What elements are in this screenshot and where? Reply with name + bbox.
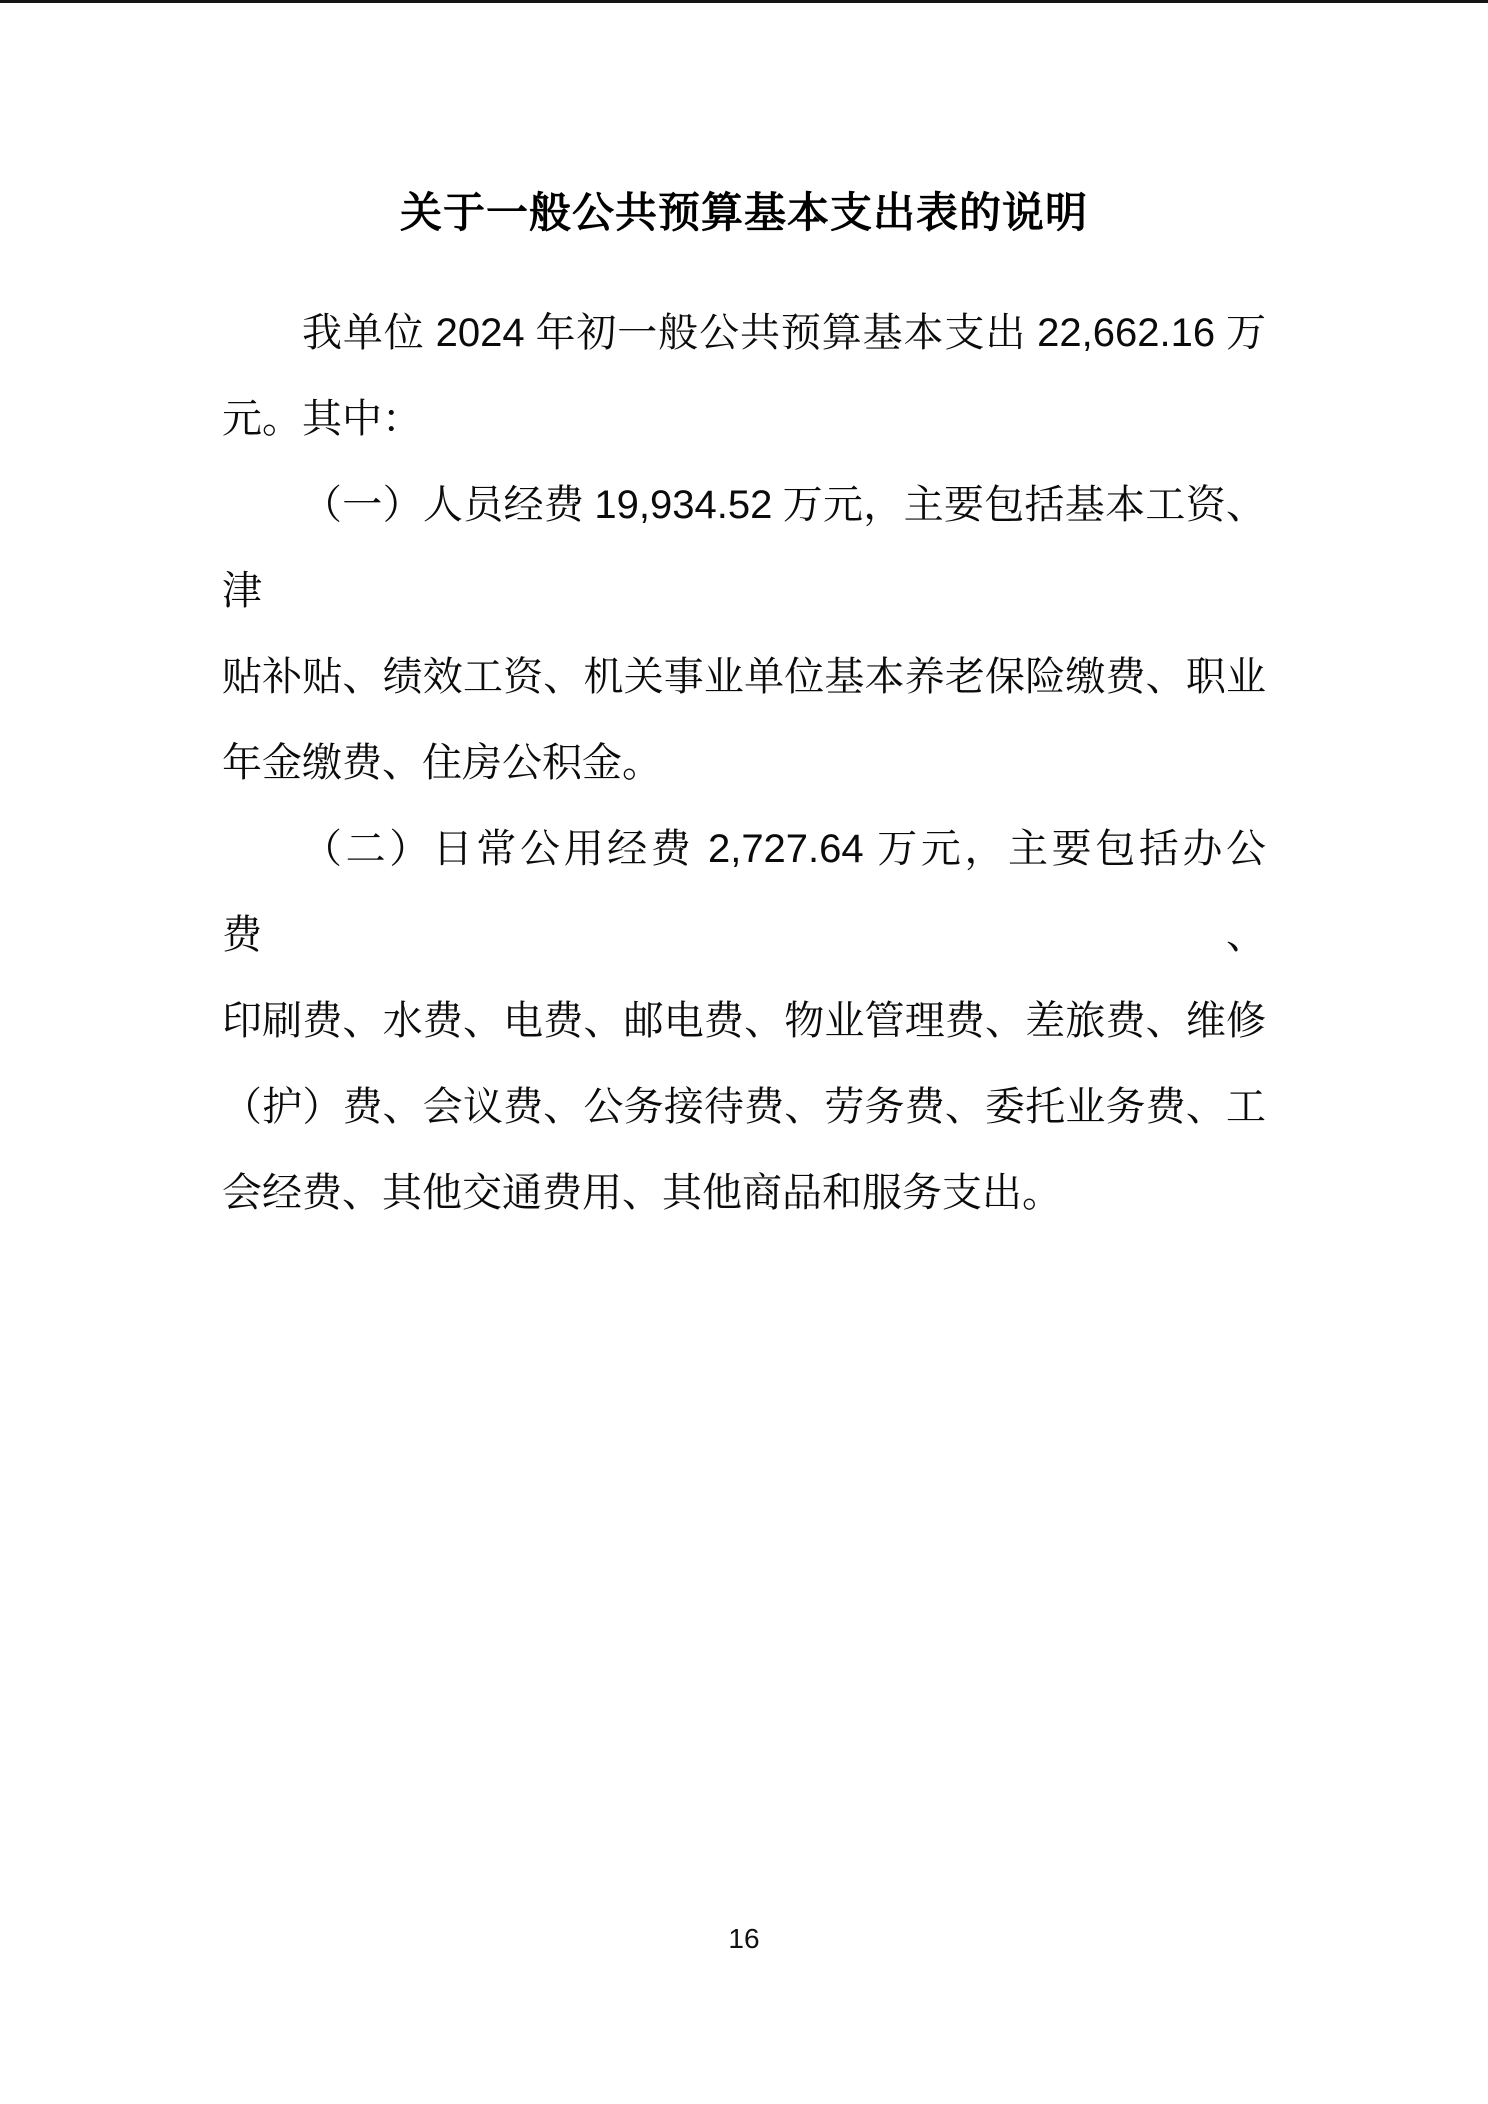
paragraph-line: （二）日常公用经费 2,727.64 万元，主要包括办公费、 [222,806,1266,978]
text-segment: 我单位 [302,310,436,355]
paragraph-line: （护）费、会议费、公务接待费、劳务费、委托业务费、工 [222,1064,1266,1150]
text-segment: 年初一般公共预算基本支出 [525,310,1038,355]
paragraph-line: 会经费、其他交通费用、其他商品和服务支出。 [222,1150,1266,1236]
document-body: 我单位 2024 年初一般公共预算基本支出 22,662.16 万 元。其中： … [222,290,1266,1236]
text-segment: 印刷费、水费、电费、邮电费、物业管理费、差旅费、维修 [222,998,1266,1043]
paragraph-line: 年金缴费、住房公积金。 [222,720,1266,806]
paragraph-line: 元。其中： [222,376,1266,462]
text-segment: 会经费、其他交通费用、其他商品和服务支出。 [222,1170,1062,1215]
number-segment: 19,934.52 [594,483,772,527]
paragraph-line: 我单位 2024 年初一般公共预算基本支出 22,662.16 万 [222,290,1266,376]
paragraph-line: 印刷费、水费、电费、邮电费、物业管理费、差旅费、维修 [222,978,1266,1064]
document-title: 关于一般公共预算基本支出表的说明 [0,182,1488,244]
page-number: 16 [0,1922,1488,1956]
text-segment: （一）人员经费 [302,482,594,527]
paragraph-line: （一）人员经费 19,934.52 万元，主要包括基本工资、津 [222,462,1266,634]
number-segment: 2,727.64 [708,827,864,871]
paragraph-personnel-funds: （一）人员经费 19,934.52 万元，主要包括基本工资、津 贴补贴、绩效工资… [222,462,1266,806]
number-segment: 22,662.16 [1037,311,1215,355]
paragraph-daily-public-funds: （二）日常公用经费 2,727.64 万元，主要包括办公费、 印刷费、水费、电费… [222,806,1266,1236]
text-segment: （护）费、会议费、公务接待费、劳务费、委托业务费、工 [222,1084,1266,1129]
text-segment: 元。其中： [222,396,422,441]
text-segment: （二）日常公用经费 [302,826,708,871]
text-segment: 万 [1215,310,1266,355]
text-segment: 年金缴费、住房公积金。 [222,740,662,785]
paragraph-intro: 我单位 2024 年初一般公共预算基本支出 22,662.16 万 元。其中： [222,290,1266,462]
number-segment: 2024 [436,311,525,355]
paragraph-line: 贴补贴、绩效工资、机关事业单位基本养老保险缴费、职业 [222,634,1266,720]
document-page: 关于一般公共预算基本支出表的说明 我单位 2024 年初一般公共预算基本支出 2… [0,182,1488,1236]
text-segment: 贴补贴、绩效工资、机关事业单位基本养老保险缴费、职业 [222,654,1266,699]
page-top-border [0,0,1488,3]
